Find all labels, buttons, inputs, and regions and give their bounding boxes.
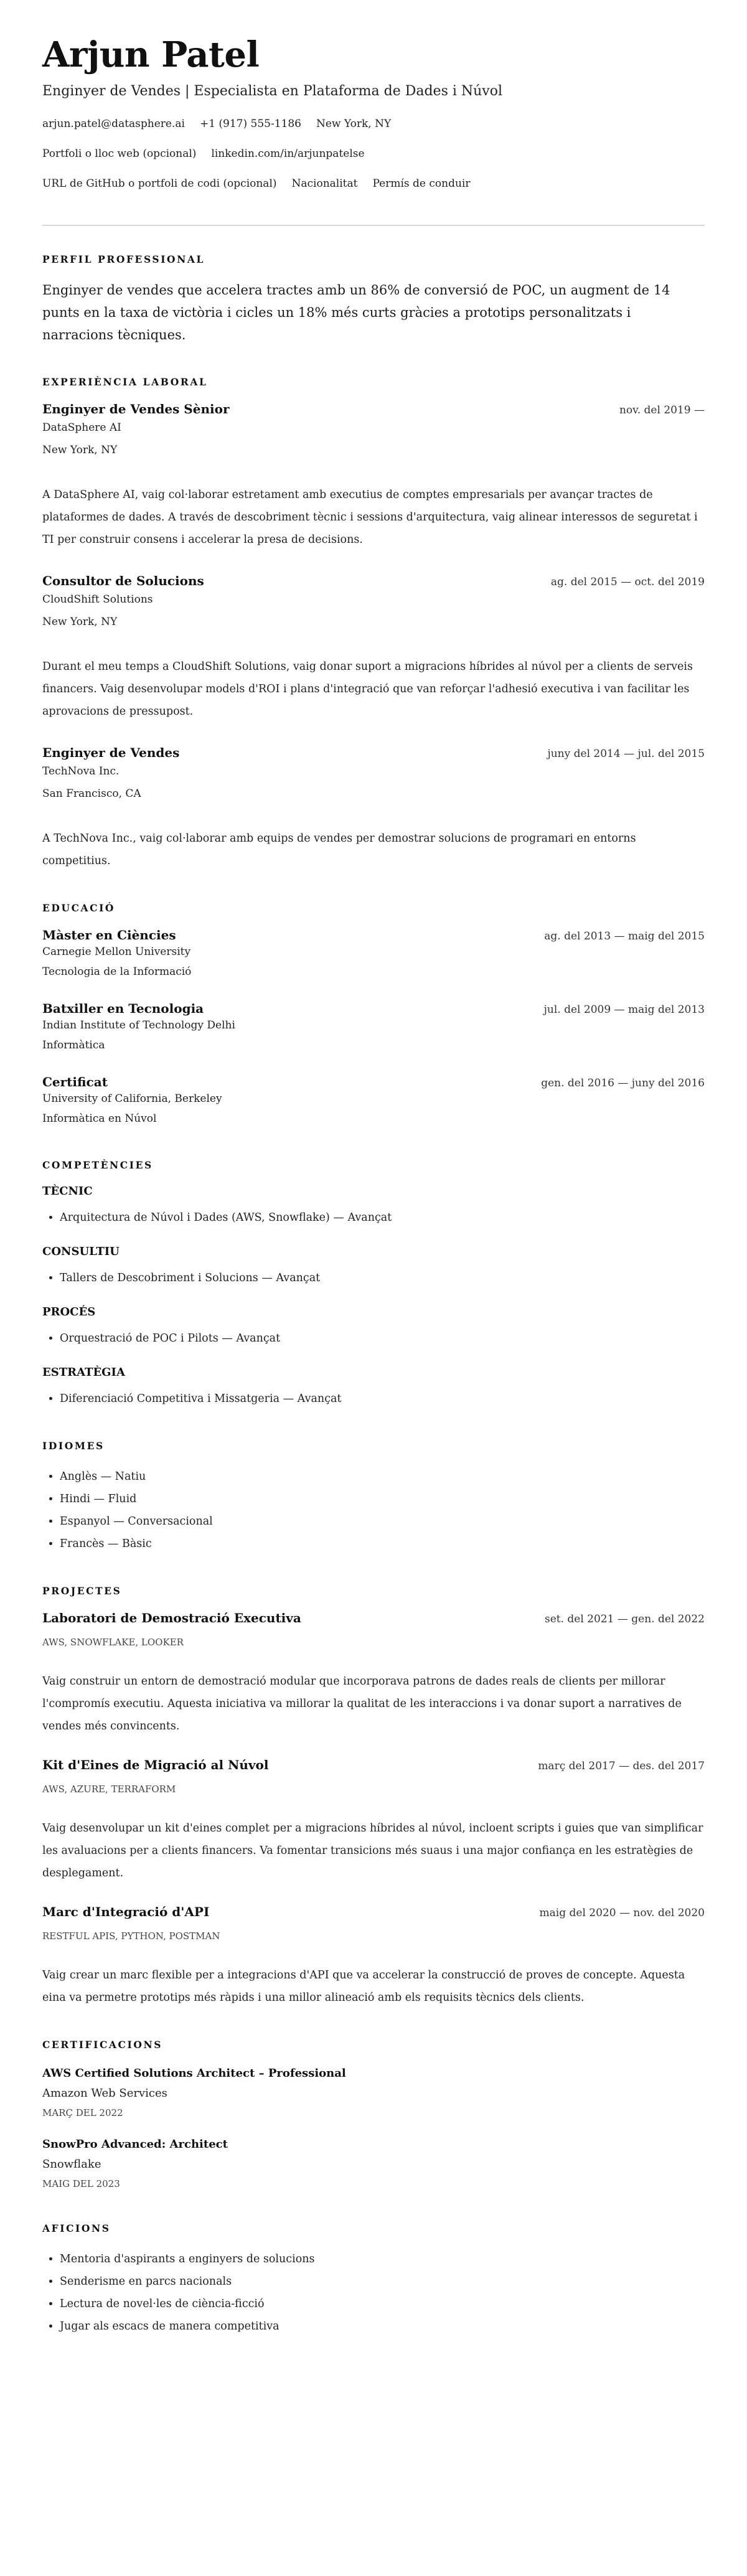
language-item: Hindi — Fluid	[60, 1488, 705, 1510]
project-description: Vaig crear un marc flexible per a integr…	[42, 1964, 705, 2009]
hobbies-list: Mentoria d'aspirants a enginyers de solu…	[42, 2248, 705, 2338]
header-divider	[42, 225, 705, 226]
language-item: Francès — Bàsic	[60, 1533, 705, 1555]
skill-group-title: Procés	[42, 1305, 705, 1319]
section-title-hobbies: Aficions	[42, 2222, 705, 2234]
hobby-item: Mentoria d'aspirants a enginyers de solu…	[60, 2248, 705, 2270]
degree-title: Batxiller en Tecnologia	[42, 1001, 204, 1016]
job-description: A DataSphere AI, vaig col·laborar estret…	[42, 484, 705, 551]
certification-name: SnowPro Advanced: Architect	[42, 2135, 705, 2154]
language-item: Anglès — Natiu	[60, 1465, 705, 1488]
school-name: University of California, Berkeley	[42, 1089, 705, 1108]
section-title-languages: Idiomes	[42, 1440, 705, 1452]
languages-list: Anglès — NatiuHindi — FluidEspanyol — Co…	[42, 1465, 705, 1555]
education-list: Màster en Ciènciesag. del 2013 — maig de…	[42, 928, 705, 1129]
project-tech-stack: AWS, Snowflake, Looker	[42, 1637, 705, 1648]
project-dates: març del 2017 — des. del 2017	[538, 1760, 705, 1772]
education-entry: Màster en Ciènciesag. del 2013 — maig de…	[42, 928, 705, 982]
language-item: Espanyol — Conversacional	[60, 1510, 705, 1533]
skill-list: Arquitectura de Núvol i Dades (AWS, Snow…	[42, 1206, 705, 1229]
field-of-study: Informàtica en Núvol	[42, 1108, 705, 1129]
certification-date: Març del 2022	[42, 2104, 705, 2122]
skill-list: Tallers de Descobriment i Solucions — Av…	[42, 1267, 705, 1289]
entry-header: Certificatgen. del 2016 — juny del 2016	[42, 1074, 705, 1089]
skill-item: Diferenciació Competitiva i Missatgeria …	[60, 1388, 705, 1410]
project-dates: maig del 2020 — nov. del 2020	[540, 1907, 705, 1919]
resume-page: Arjun Patel Enginyer de Vendes | Especia…	[0, 0, 747, 2405]
certification-entry: SnowPro Advanced: ArchitectSnowflakeMaig…	[42, 2135, 705, 2193]
contact-item[interactable]: URL de GitHub o portfoli de codi (opcion…	[42, 177, 277, 190]
skills-list: TècnicArquitectura de Núvol i Dades (AWS…	[42, 1185, 705, 1410]
project-dates: set. del 2021 — gen. del 2022	[545, 1613, 705, 1625]
hobbies-section: Aficions Mentoria d'aspirants a enginyer…	[42, 2222, 705, 2338]
certifications-list: AWS Certified Solutions Architect – Prof…	[42, 2064, 705, 2193]
company-name: CloudShift Solutions	[42, 588, 705, 611]
job-dates: nov. del 2019 —	[619, 404, 705, 416]
contact-row: Portfoli o lloc web (opcional)linkedin.c…	[42, 146, 705, 176]
contact-info: arjun.patel@datasphere.ai+1 (917) 555-11…	[42, 116, 705, 206]
field-of-study: Tecnologia de la Informació	[42, 961, 705, 982]
project-name: Marc d'Integració d'API	[42, 1904, 209, 1919]
degree-title: Certificat	[42, 1074, 108, 1089]
contact-item: Permís de conduir	[372, 177, 470, 190]
job-description: A TechNova Inc., vaig col·laborar amb eq…	[42, 827, 705, 872]
section-title-education: Educació	[42, 902, 705, 914]
section-title-projects: Projectes	[42, 1585, 705, 1597]
skill-list: Orquestració de POC i Pilots — Avançat	[42, 1327, 705, 1350]
education-dates: gen. del 2016 — juny del 2016	[541, 1077, 705, 1089]
resume-header: Arjun Patel Enginyer de Vendes | Especia…	[42, 36, 705, 206]
job-location: New York, NY	[42, 611, 705, 633]
skill-item: Orquestració de POC i Pilots — Avançat	[60, 1327, 705, 1350]
contact-row: arjun.patel@datasphere.ai+1 (917) 555-11…	[42, 116, 705, 146]
hobby-item: Senderisme en parcs nacionals	[60, 2270, 705, 2293]
summary-section: Perfil professional Enginyer de vendes q…	[42, 253, 705, 346]
contact-item[interactable]: arjun.patel@datasphere.ai	[42, 118, 185, 130]
skill-group-title: Consultiu	[42, 1245, 705, 1258]
job-dates: ag. del 2015 — oct. del 2019	[551, 576, 705, 588]
skill-item: Tallers de Descobriment i Solucions — Av…	[60, 1267, 705, 1289]
entry-header: Kit d'Eines de Migració al Núvolmarç del…	[42, 1757, 705, 1772]
entry-header: Batxiller en Tecnologiajul. del 2009 — m…	[42, 1001, 705, 1016]
contact-item: Nacionalitat	[292, 177, 358, 190]
hobby-item: Lectura de novel·les de ciència-ficció	[60, 2293, 705, 2315]
languages-section: Idiomes Anglès — NatiuHindi — FluidEspan…	[42, 1440, 705, 1555]
experience-entry: Enginyer de Vendesjuny del 2014 — jul. d…	[42, 745, 705, 872]
experience-entry: Enginyer de Vendes Sèniornov. del 2019 —…	[42, 402, 705, 551]
certification-issuer: Snowflake	[42, 2154, 705, 2175]
job-location: San Francisco, CA	[42, 783, 705, 805]
summary-text: Enginyer de vendes que accelera tractes …	[42, 279, 705, 346]
project-name: Kit d'Eines de Migració al Núvol	[42, 1757, 269, 1772]
degree-title: Màster en Ciències	[42, 928, 176, 942]
education-entry: Certificatgen. del 2016 — juny del 2016U…	[42, 1074, 705, 1129]
skill-item: Arquitectura de Núvol i Dades (AWS, Snow…	[60, 1206, 705, 1229]
education-dates: jul. del 2009 — maig del 2013	[544, 1004, 705, 1016]
company-name: TechNova Inc.	[42, 760, 705, 783]
job-location: New York, NY	[42, 439, 705, 461]
project-description: Vaig desenvolupar un kit d'eines complet…	[42, 1817, 705, 1884]
experience-list: Enginyer de Vendes Sèniornov. del 2019 —…	[42, 402, 705, 872]
education-dates: ag. del 2013 — maig del 2015	[544, 930, 705, 942]
section-title-summary: Perfil professional	[42, 253, 705, 265]
education-entry: Batxiller en Tecnologiajul. del 2009 — m…	[42, 1001, 705, 1056]
project-tech-stack: AWS, Azure, Terraform	[42, 1784, 705, 1795]
projects-section: Projectes Laboratori de Demostració Exec…	[42, 1585, 705, 2009]
section-title-skills: Competències	[42, 1159, 705, 1171]
certifications-section: Certificacions AWS Certified Solutions A…	[42, 2039, 705, 2193]
candidate-name: Arjun Patel	[42, 36, 705, 75]
school-name: Carnegie Mellon University	[42, 942, 705, 961]
job-title: Enginyer de Vendes	[42, 745, 179, 760]
project-entry: Laboratori de Demostració Executivaset. …	[42, 1610, 705, 1737]
skill-group-title: Tècnic	[42, 1185, 705, 1198]
candidate-headline: Enginyer de Vendes | Especialista en Pla…	[42, 83, 705, 99]
entry-header: Enginyer de Vendesjuny del 2014 — jul. d…	[42, 745, 705, 760]
field-of-study: Informàtica	[42, 1035, 705, 1056]
job-dates: juny del 2014 — jul. del 2015	[547, 748, 705, 760]
project-entry: Marc d'Integració d'APImaig del 2020 — n…	[42, 1904, 705, 2009]
contact-item[interactable]: linkedin.com/in/arjunpatelse	[211, 148, 364, 160]
entry-header: Marc d'Integració d'APImaig del 2020 — n…	[42, 1904, 705, 1919]
job-title: Enginyer de Vendes Sènior	[42, 402, 230, 416]
job-title: Consultor de Solucions	[42, 573, 204, 588]
skill-list: Diferenciació Competitiva i Missatgeria …	[42, 1388, 705, 1410]
contact-item[interactable]: Portfoli o lloc web (opcional)	[42, 148, 196, 160]
entry-header: Laboratori de Demostració Executivaset. …	[42, 1610, 705, 1625]
project-description: Vaig construir un entorn de demostració …	[42, 1670, 705, 1737]
project-tech-stack: RESTful APIs, Python, Postman	[42, 1930, 705, 1942]
entry-header: Consultor de Solucionsag. del 2015 — oct…	[42, 573, 705, 588]
contact-row: URL de GitHub o portfoli de codi (opcion…	[42, 176, 705, 206]
entry-header: Màster en Ciènciesag. del 2013 — maig de…	[42, 928, 705, 942]
skills-section: Competències TècnicArquitectura de Núvol…	[42, 1159, 705, 1410]
entry-header: Enginyer de Vendes Sèniornov. del 2019 —	[42, 402, 705, 416]
company-name: DataSphere AI	[42, 416, 705, 439]
section-title-experience: Experiència laboral	[42, 376, 705, 388]
certification-issuer: Amazon Web Services	[42, 2083, 705, 2104]
certification-name: AWS Certified Solutions Architect – Prof…	[42, 2064, 705, 2083]
experience-section: Experiència laboral Enginyer de Vendes S…	[42, 376, 705, 872]
skill-group-title: Estratègia	[42, 1366, 705, 1379]
project-name: Laboratori de Demostració Executiva	[42, 1610, 301, 1625]
project-entry: Kit d'Eines de Migració al Núvolmarç del…	[42, 1757, 705, 1884]
hobby-item: Jugar als escacs de manera competitiva	[60, 2315, 705, 2338]
contact-item: New York, NY	[316, 118, 391, 130]
certification-entry: AWS Certified Solutions Architect – Prof…	[42, 2064, 705, 2122]
education-section: Educació Màster en Ciènciesag. del 2013 …	[42, 902, 705, 1129]
experience-entry: Consultor de Solucionsag. del 2015 — oct…	[42, 573, 705, 723]
school-name: Indian Institute of Technology Delhi	[42, 1016, 705, 1035]
projects-list: Laboratori de Demostració Executivaset. …	[42, 1610, 705, 2009]
section-title-certifications: Certificacions	[42, 2039, 705, 2051]
job-description: Durant el meu temps a CloudShift Solutio…	[42, 656, 705, 723]
contact-item: +1 (917) 555-1186	[200, 118, 301, 130]
certification-date: Maig del 2023	[42, 2175, 705, 2193]
